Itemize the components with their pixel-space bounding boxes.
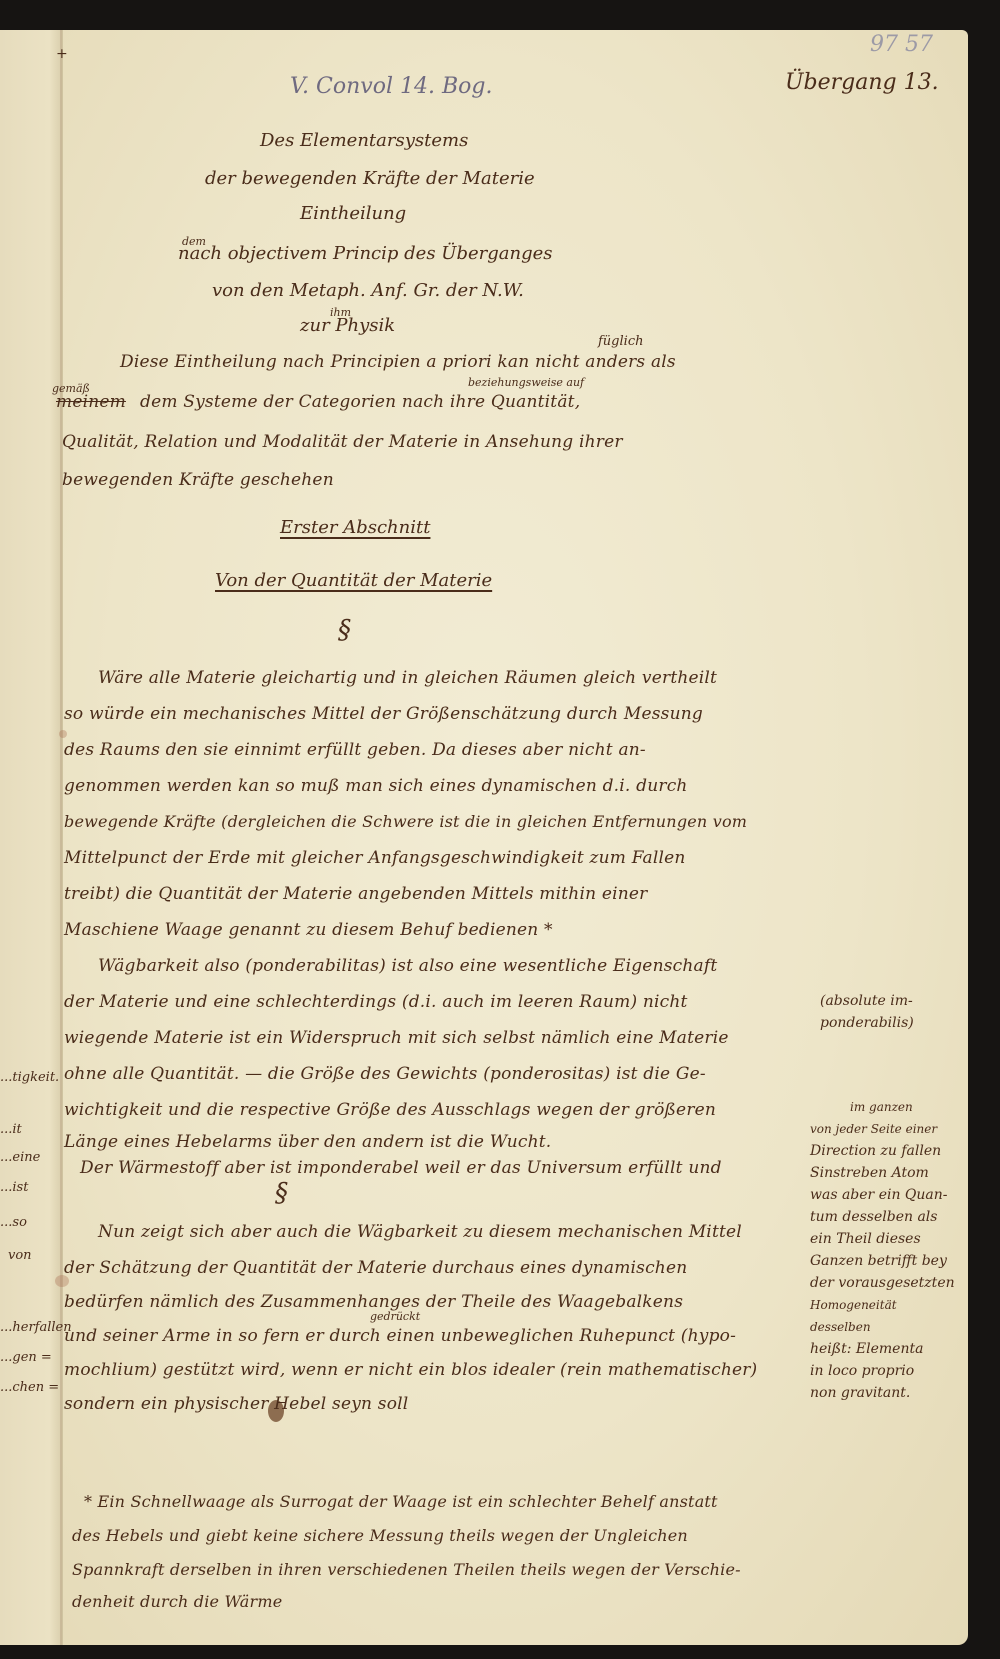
facing-fragment: ...eine	[0, 1150, 40, 1165]
footnote-line: des Hebels und giebt keine sichere Messu…	[72, 1526, 688, 1545]
p3-line: und seiner Arme in so fern er durch eine…	[64, 1326, 736, 1346]
folio-number: 97 57	[870, 32, 933, 57]
manuscript-sheet: + V. Convol 14. Bog. 97 57 Übergang 13. …	[0, 30, 968, 1645]
section-label: Übergang 13.	[785, 70, 939, 95]
facing-fragment: ...tigkeit.	[0, 1070, 59, 1085]
margin-note-line: von jeder Seite einer	[810, 1118, 960, 1140]
facing-fragment: ...gen =	[0, 1350, 52, 1365]
p3-line: bedürfen nämlich des Zusammenhanges der …	[64, 1292, 683, 1312]
p1-line: des Raums den sie einnimt erfüllt geben.…	[64, 740, 646, 760]
part-heading: Erster Abschnitt	[280, 517, 430, 538]
facing-page-edge	[0, 30, 63, 1645]
margin-note-line: non gravitant.	[810, 1382, 960, 1404]
intro-line-3: Qualität, Relation und Modalität der Mat…	[62, 432, 623, 452]
paragraph-sign: §	[338, 615, 351, 645]
p1-line: Wäre alle Materie gleichartig und in gle…	[98, 668, 717, 688]
p1-line: Maschiene Waage genannt zu diesem Behuf …	[64, 920, 553, 940]
title-line-1: Des Elementarsystems	[260, 130, 468, 151]
p3-line: mochlium) gestützt wird, wenn er nicht e…	[64, 1360, 757, 1380]
facing-fragment: ...it	[0, 1122, 22, 1137]
intro-line-1: Diese Eintheilung nach Principien a prio…	[120, 352, 676, 372]
margin-note-line: in loco proprio	[810, 1360, 960, 1382]
p2-line: ohne alle Quantität. — die Größe des Gew…	[64, 1064, 706, 1084]
margin-note-line: der vorausgesetzten	[810, 1272, 960, 1294]
insertion-above: gedrückt	[370, 1310, 420, 1323]
p2-line: wichtigkeit und die respective Größe des…	[64, 1100, 716, 1120]
intro-line-2-prefix: meinem	[56, 392, 126, 412]
title-line-3: Eintheilung	[300, 203, 406, 224]
p1-line: genommen werden kan so muß man sich eine…	[64, 776, 688, 796]
p2-line: der Materie und eine schlechterdings (d.…	[64, 992, 688, 1012]
margin-note-line: was aber ein Quan-	[810, 1184, 960, 1206]
footnote-line: * Ein Schnellwaage als Surrogat der Waag…	[84, 1492, 718, 1511]
p2-line: Länge eines Hebelarms über den andern is…	[64, 1132, 551, 1152]
foxing-spot	[59, 730, 67, 738]
p3-line: Nun zeigt sich aber auch die Wägbarkeit …	[98, 1222, 742, 1242]
title-line-4: nach objectivem Princip des Überganges	[178, 243, 552, 264]
margin-note-line: ein Theil dieses	[810, 1228, 960, 1250]
intro-line-4: bewegenden Kräfte geschehen	[62, 470, 334, 490]
insertion-above: beziehungsweise auf	[468, 376, 584, 389]
p1-line: Mittelpunct der Erde mit gleicher Anfang…	[64, 848, 686, 868]
facing-fragment: ...so	[0, 1215, 27, 1230]
paragraph-sign: §	[275, 1178, 288, 1208]
margin-note-line: im ganzen	[810, 1096, 960, 1118]
margin-note-line: Ganzen betrifft bey	[810, 1250, 960, 1272]
p2-line: Der Wärmestoff aber ist imponderabel wei…	[80, 1158, 722, 1178]
facing-fragment: ...herfallen	[0, 1320, 72, 1335]
struck-word: meinem	[56, 392, 126, 412]
section-subtitle: Von der Quantität der Materie	[215, 570, 492, 591]
gutter-line	[60, 30, 62, 1645]
footnote-line: denheit durch die Wärme	[72, 1592, 282, 1611]
margin-note-line: Sinstreben Atom	[810, 1162, 960, 1184]
intro-line-2: dem Systeme der Categorien nach ihre Qua…	[140, 392, 580, 412]
p1-line: bewegende Kräfte (dergleichen die Schwer…	[64, 812, 747, 831]
corner-mark: +	[56, 46, 68, 62]
facing-fragment: ...ist	[0, 1180, 28, 1195]
title-line-6: zur Physik	[300, 315, 395, 336]
margin-note-line: Direction zu fallen	[810, 1140, 960, 1162]
p1-line: treibt) die Quantität der Materie angebe…	[64, 884, 647, 904]
title-line-5: von den Metaph. Anf. Gr. der N.W.	[212, 280, 524, 301]
margin-note-line: heißt: Elementa	[810, 1338, 960, 1360]
title-line-2: der bewegenden Kräfte der Materie	[205, 168, 535, 189]
archive-label: V. Convol 14. Bog.	[290, 74, 492, 99]
margin-note-line: tum desselben als	[810, 1206, 960, 1228]
facing-fragment: von	[8, 1248, 32, 1263]
margin-note-2: im ganzen von jeder Seite einer Directio…	[810, 1096, 960, 1404]
facing-fragment: ...chen =	[0, 1380, 59, 1395]
p3-line: sondern ein physischer Hebel seyn soll	[64, 1394, 408, 1414]
margin-note-1: (absolute im-ponderabilis)	[820, 990, 960, 1034]
footnote-line: Spannkraft derselben in ihren verschiede…	[72, 1560, 741, 1579]
p2-line: Wägbarkeit also (ponderabilitas) ist als…	[98, 956, 717, 976]
insertion-above: füglich	[598, 334, 643, 349]
margin-note-line: Homogeneität desselben	[810, 1294, 960, 1338]
p3-line: der Schätzung der Quantität der Materie …	[64, 1258, 687, 1278]
p1-line: so würde ein mechanisches Mittel der Grö…	[64, 704, 703, 724]
p2-line: wiegende Materie ist ein Widerspruch mit…	[64, 1028, 729, 1048]
